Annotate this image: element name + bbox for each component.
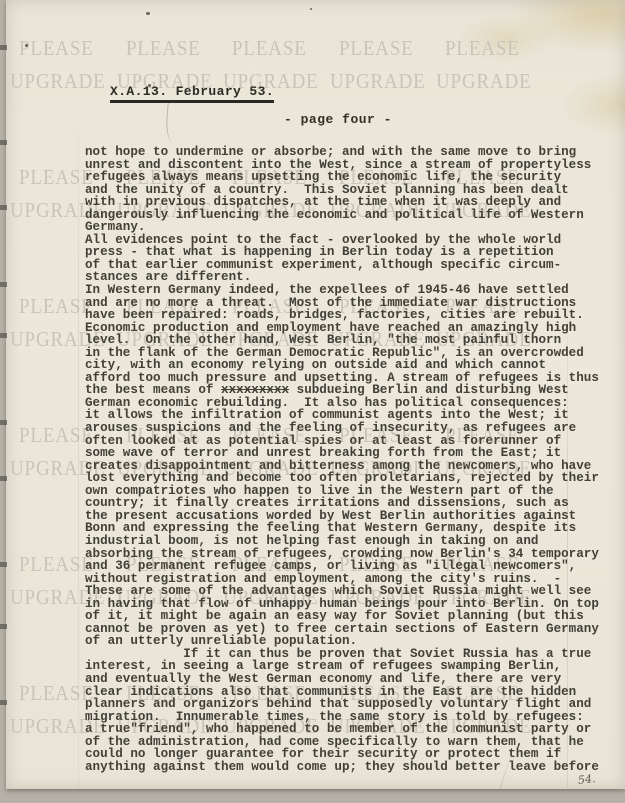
scan-tick bbox=[0, 333, 7, 338]
scan-tick bbox=[0, 140, 7, 145]
typed-line: anything against them would come up; the… bbox=[85, 761, 599, 774]
typed-line: These are some of the advantages which S… bbox=[85, 585, 599, 598]
scan-speck bbox=[310, 8, 312, 10]
typed-line: industrial boom, is not helping fast eno… bbox=[85, 535, 599, 548]
typed-line: and 36 permanent refugee camps, or livin… bbox=[85, 560, 599, 573]
typed-line: could no longer guarantee for their secu… bbox=[85, 748, 599, 761]
scan-tick bbox=[0, 282, 7, 287]
scan-speck bbox=[146, 12, 150, 15]
scan-speck bbox=[148, 84, 151, 87]
typed-line: country; it finally creates irritations … bbox=[85, 497, 599, 510]
watermark-text: PLEASEUPGRADE bbox=[445, 38, 542, 92]
scan-tick bbox=[0, 562, 7, 567]
typed-line: planners and organizors behind that supp… bbox=[85, 698, 599, 711]
typed-line: have been repaired: roads, bridges, fact… bbox=[85, 309, 599, 322]
scan-tick bbox=[0, 700, 7, 705]
typed-line: In Western Germany indeed, the expellees… bbox=[85, 284, 599, 297]
typed-line: level. On the other hand, West Berlin, "… bbox=[85, 334, 599, 347]
typed-line: dangerously influencing the economic and… bbox=[85, 209, 599, 222]
typed-line: arouses suspicions and the feeling of in… bbox=[85, 422, 599, 435]
document-reference: X.A.13. February 53. bbox=[110, 84, 274, 103]
scan-tick bbox=[0, 624, 7, 629]
page-heading: - page four - bbox=[6, 112, 625, 127]
typed-line: refugees always means upsetting the econ… bbox=[85, 171, 599, 184]
typed-line: of it, it might be again an easy way for… bbox=[85, 610, 599, 623]
typed-line: some wave of terror and unrest breaking … bbox=[85, 447, 599, 460]
typed-line: of an utterly unreliable population. bbox=[85, 635, 599, 648]
watermark-text: PLEASEUPGRADE bbox=[19, 38, 116, 92]
typed-body: not hope to undermine or absorbe; and wi… bbox=[85, 146, 599, 773]
typed-line: Germany. bbox=[85, 221, 599, 234]
scan-tick bbox=[0, 205, 7, 210]
typed-line: not hope to undermine or absorbe; and wi… bbox=[85, 146, 599, 159]
typed-line: a true"friend", who happened to be membe… bbox=[85, 723, 599, 736]
typed-line: lost everything and become too often pro… bbox=[85, 472, 599, 485]
paper-page: PLEASEUPGRADEPLEASEUPGRADEPLEASEUPGRADEP… bbox=[6, 0, 625, 789]
scanned-document: PLEASEUPGRADEPLEASEUPGRADEPLEASEUPGRADEP… bbox=[0, 0, 625, 803]
scan-tick bbox=[0, 420, 7, 425]
page-number: 54. bbox=[577, 772, 596, 787]
scan-speck bbox=[25, 44, 28, 47]
typed-line: with in previous dispatches, at the time… bbox=[85, 196, 599, 209]
scan-tick bbox=[0, 45, 7, 50]
paper-crease-left bbox=[78, 90, 79, 788]
scan-tick bbox=[0, 476, 7, 481]
watermark-text: PLEASEUPGRADE bbox=[339, 38, 436, 92]
typed-line: and eventually the West German economy a… bbox=[85, 673, 599, 686]
typed-line: city, with an economy relying on outside… bbox=[85, 359, 599, 372]
